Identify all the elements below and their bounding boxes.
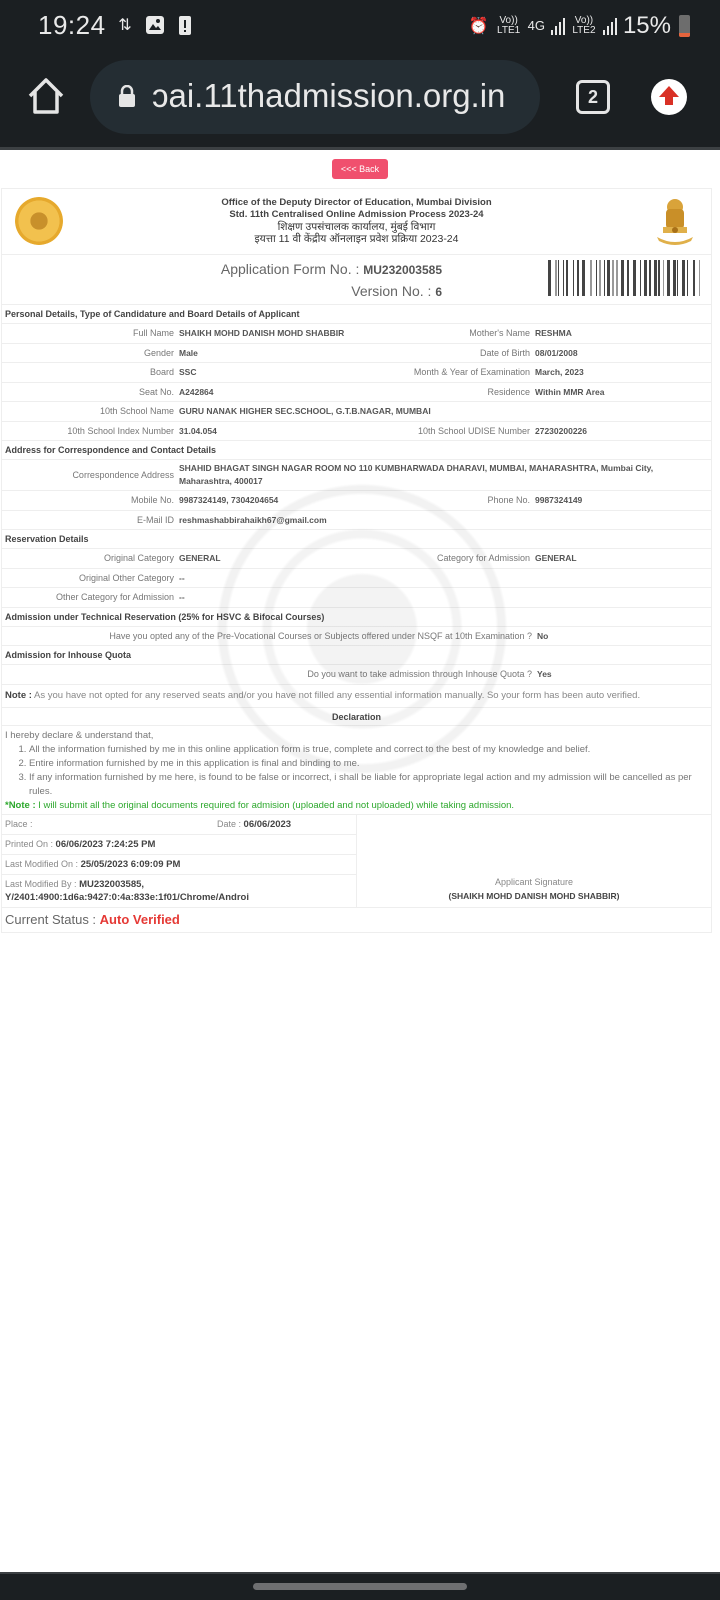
other-admission-category-label: Other Category for Admission <box>2 592 179 602</box>
signal-icon <box>551 17 565 35</box>
place-label: Place : <box>5 819 33 829</box>
table-row: Gender Male Date of Birth 08/01/2008 <box>2 344 711 364</box>
documents-note: *Note : I will submit all the original d… <box>2 799 711 815</box>
declaration-item: All the information furnished by me in t… <box>29 743 708 757</box>
tab-switcher-button[interactable]: 2 <box>576 80 610 114</box>
application-form-label: Application Form No. : <box>221 261 360 277</box>
declaration-item: If any information furnished by me here,… <box>29 771 708 799</box>
table-row: E-Mail ID reshmashabbirahaikh67@gmail.co… <box>2 511 711 531</box>
table-row: 10th School Name GURU NANAK HIGHER SEC.S… <box>2 402 711 422</box>
version-label: Version No. : <box>351 283 431 299</box>
residence-value: Within MMR Area <box>535 387 711 397</box>
table-row: Original Category GENERAL Category for A… <box>2 549 711 569</box>
address-value: SHAHID BHAGAT SINGH NAGAR ROOM NO 110 KU… <box>179 462 711 488</box>
update-icon[interactable] <box>651 79 687 115</box>
original-category-label: Original Category <box>2 553 179 563</box>
status-label: Current Status : <box>5 912 96 927</box>
footer-block: Place : Date : 06/06/2023 Printed On : 0… <box>2 815 711 908</box>
header-line-3: शिक्षण उपसंचालक कार्यालय, मुंबई विभाग <box>2 221 711 233</box>
other-admission-category-value: -- <box>179 592 711 602</box>
declaration-intro: I hereby declare & understand that, <box>5 729 708 743</box>
last-modified-on-value: 25/05/2023 6:09:09 PM <box>81 859 181 870</box>
school-index-value: 31.04.054 <box>179 426 402 436</box>
table-row: Seat No. A242864 Residence Within MMR Ar… <box>2 383 711 403</box>
data-transfer-icon: ⇅ <box>114 14 136 36</box>
seat-value: A242864 <box>179 387 402 397</box>
browser-toolbar: ɔai.11thadmission.org.in 2 <box>0 52 720 148</box>
section-personal-details: Personal Details, Type of Candidature an… <box>2 305 711 324</box>
declaration-title: Declaration <box>2 708 711 726</box>
section-technical-reservation: Admission under Technical Reservation (2… <box>2 608 711 627</box>
maharashtra-seal-icon <box>15 197 63 245</box>
full-name-value: SHAIKH MOHD DANISH MOHD SHABBIR <box>179 328 402 338</box>
school-name-value: GURU NANAK HIGHER SEC.SCHOOL, G.T.B.NAGA… <box>179 406 711 416</box>
address-label: Correspondence Address <box>2 470 179 480</box>
address-bar[interactable]: ɔai.11thadmission.org.in <box>90 60 540 134</box>
last-modified-by-label: Last Modified By : <box>5 879 77 889</box>
printed-on-value: 06/06/2023 7:24:25 PM <box>56 839 156 850</box>
home-button[interactable] <box>24 74 68 118</box>
email-value: reshmashabbirahaikh67@gmail.com <box>179 515 711 525</box>
mobile-value: 9987324149, 7304204654 <box>179 495 402 505</box>
section-reservation-details: Reservation Details <box>2 530 711 549</box>
gender-value: Male <box>179 348 402 358</box>
residence-label: Residence <box>402 387 535 397</box>
signature-name: (SHAIKH MOHD DANISH MOHD SHABBIR) <box>449 891 620 901</box>
table-row: Full Name SHAIKH MOHD DANISH MOHD SHABBI… <box>2 324 711 344</box>
application-form: Office of the Deputy Director of Educati… <box>1 188 712 933</box>
note-text: As you have not opted for any reserved s… <box>34 690 640 701</box>
dob-value: 08/01/2008 <box>535 348 711 358</box>
documents-note-label: *Note : <box>5 800 36 811</box>
date-label: Date : <box>217 819 241 829</box>
sim2-label: Vo)) LTE2 <box>571 16 597 36</box>
version-number: 6 <box>435 285 442 299</box>
alert-icon <box>174 14 196 36</box>
page-content: <<< Back Office of the Deputy Director o… <box>0 150 720 933</box>
school-index-label: 10th School Index Number <box>2 426 179 436</box>
auto-verify-note: Note : As you have not opted for any res… <box>2 685 711 708</box>
school-name-label: 10th School Name <box>2 406 179 416</box>
signature-label: Applicant Signature <box>357 875 711 889</box>
table-row: Board SSC Month & Year of Examination Ma… <box>2 363 711 383</box>
status-bar: 19:24 ⇅ ⏰ Vo)) LTE1 4G Vo)) LTE2 15% <box>0 0 720 52</box>
current-status: Current Status : Auto Verified <box>2 908 711 932</box>
barcode <box>548 260 700 296</box>
mother-name-value: RESHMA <box>535 328 711 338</box>
table-row: Mobile No. 9987324149, 7304204654 Phone … <box>2 491 711 511</box>
system-navigation-bar <box>0 1572 720 1600</box>
sim1-label: Vo)) LTE1 <box>496 16 522 36</box>
full-name-label: Full Name <box>2 328 179 338</box>
note-label: Note : <box>5 690 32 701</box>
inhouse-answer: Yes <box>537 669 711 679</box>
alarm-icon: ⏰ <box>468 15 490 37</box>
battery-icon <box>679 15 690 37</box>
application-form-number: MU232003585 <box>363 263 442 277</box>
mobile-label: Mobile No. <box>2 495 179 505</box>
back-button[interactable]: <<< Back <box>332 159 388 179</box>
gender-label: Gender <box>2 348 179 358</box>
dob-label: Date of Birth <box>402 348 535 358</box>
email-label: E-Mail ID <box>2 515 179 525</box>
admission-category-value: GENERAL <box>535 553 711 563</box>
table-row: Other Category for Admission -- <box>2 588 711 608</box>
table-row: Correspondence Address SHAHID BHAGAT SIN… <box>2 460 711 491</box>
seat-label: Seat No. <box>2 387 179 397</box>
nsqf-question: Have you opted any of the Pre-Vocational… <box>2 631 537 641</box>
exam-value: March, 2023 <box>535 367 711 377</box>
header-line-1: Office of the Deputy Director of Educati… <box>2 197 711 209</box>
signal-icon-2 <box>603 17 617 35</box>
battery-percent: 15% <box>623 12 671 40</box>
declaration-body: I hereby declare & understand that, All … <box>2 726 711 799</box>
board-label: Board <box>2 367 179 377</box>
last-modified-on-label: Last Modified On : <box>5 859 78 869</box>
table-row: Do you want to take admission through In… <box>2 665 711 685</box>
header-line-4: इयत्ता 11 वी केंद्रीय ऑनलाइन प्रवेश प्रक… <box>2 233 711 245</box>
image-icon <box>144 14 166 36</box>
admission-category-label: Category for Admission <box>402 553 535 563</box>
url-text[interactable]: ɔai.11thadmission.org.in <box>152 77 522 115</box>
section-inhouse-quota: Admission for Inhouse Quota <box>2 646 711 665</box>
phone-value: 9987324149 <box>535 495 711 505</box>
phone-label: Phone No. <box>402 495 535 505</box>
nsqf-answer: No <box>537 631 711 641</box>
original-other-category-value: -- <box>179 573 711 583</box>
home-icon <box>24 74 68 118</box>
network-type: 4G <box>528 21 545 31</box>
date-value: 06/06/2023 <box>244 819 292 830</box>
udise-value: 27230200226 <box>535 426 711 436</box>
table-row: 10th School Index Number 31.04.054 10th … <box>2 422 711 442</box>
national-emblem-icon <box>653 197 697 247</box>
original-category-value: GENERAL <box>179 553 402 563</box>
application-number-block: Application Form No. : MU232003585 Versi… <box>2 255 711 305</box>
table-row: Have you opted any of the Pre-Vocational… <box>2 627 711 647</box>
status-time: 19:24 <box>38 10 106 41</box>
mother-name-label: Mother's Name <box>402 328 535 338</box>
exam-label: Month & Year of Examination <box>402 367 535 377</box>
table-row: Original Other Category -- <box>2 569 711 589</box>
status-badge: Auto Verified <box>100 912 180 927</box>
lock-icon <box>118 85 136 107</box>
declaration-item: Entire information furnished by me in th… <box>29 757 708 771</box>
original-other-category-label: Original Other Category <box>2 573 179 583</box>
gesture-handle[interactable] <box>253 1583 467 1590</box>
form-header: Office of the Deputy Director of Educati… <box>2 189 711 255</box>
inhouse-question: Do you want to take admission through In… <box>2 669 537 679</box>
printed-on-label: Printed On : <box>5 839 53 849</box>
board-value: SSC <box>179 367 402 377</box>
section-contact-details: Address for Correspondence and Contact D… <box>2 441 711 460</box>
udise-label: 10th School UDISE Number <box>402 426 535 436</box>
documents-note-text: I will submit all the original documents… <box>38 800 514 811</box>
header-line-2: Std. 11th Centralised Online Admission P… <box>2 209 711 221</box>
